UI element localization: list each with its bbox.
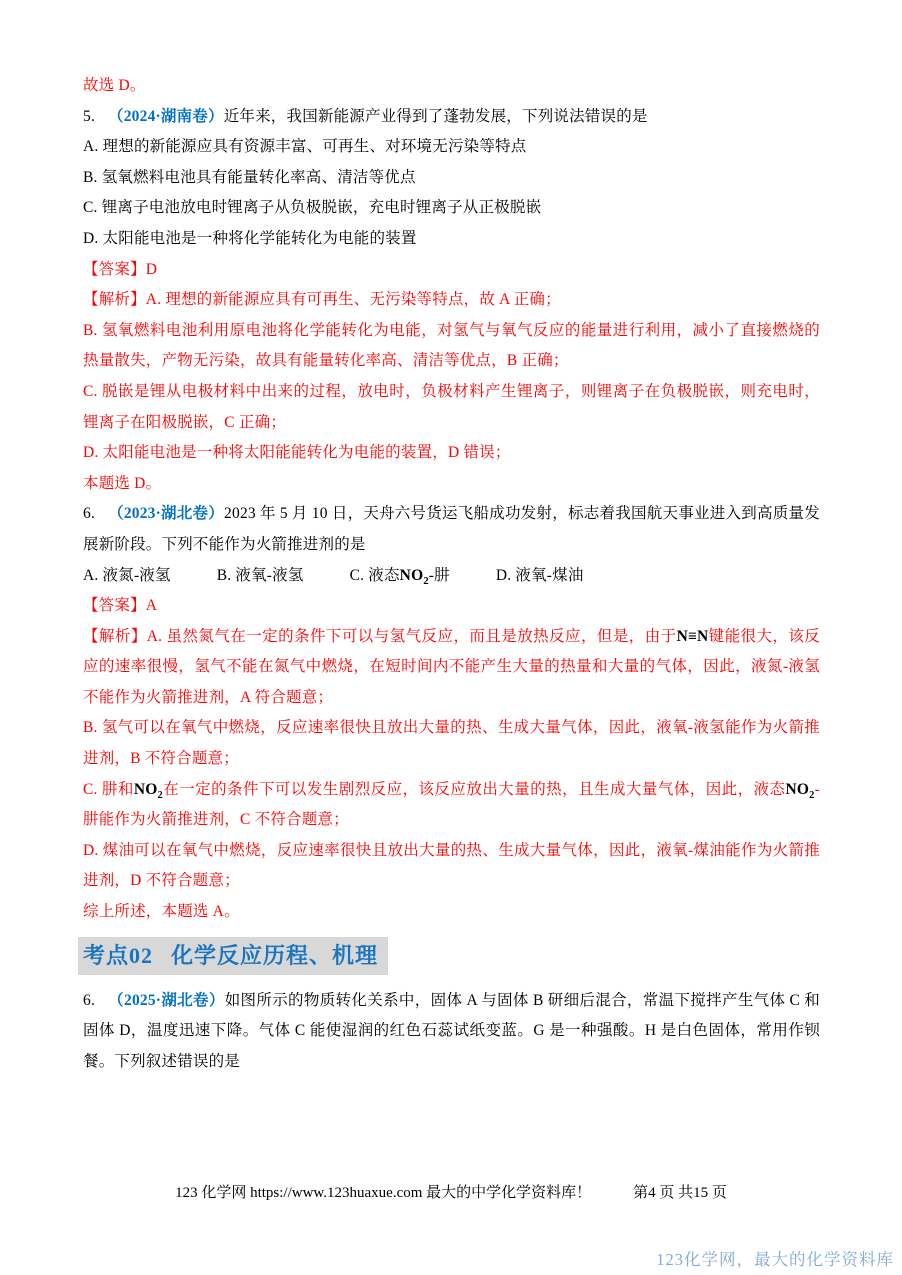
q6-option-c-text: C. 液态 <box>350 567 400 584</box>
q7-exam-tag: （2025·湖北卷） <box>108 992 225 1009</box>
q6-exam-tag: （2023·湖北卷） <box>108 505 224 522</box>
q5-option-d: D. 太阳能电池是一种将化学能转化为电能的装置 <box>83 224 820 255</box>
q6-number: 6. <box>83 505 95 522</box>
q5-answer: 【答案】D <box>83 255 820 286</box>
q6-option-a: A. 液氮-液氢 <box>83 561 171 592</box>
q5-exam-tag: （2024·湖南卷） <box>108 108 224 125</box>
q5-analysis-d: D. 太阳能电池是一种将太阳能能转化为电能的装置，D 错误； <box>83 438 820 469</box>
q6-conclusion: 综上所述，本题选 A。 <box>83 897 820 928</box>
footer-site-info: 123 化学网 https://www.123huaxue.com 最大的中学化… <box>175 1185 591 1201</box>
q5-analysis-c: C. 脱嵌是锂从电极材料中出来的过程，放电时，负极材料产生锂离子，则锂离子在负极… <box>83 377 820 438</box>
q6-option-c: C. 液态NO2-肼 <box>350 561 450 592</box>
q6-stem-line: 6.（2023·湖北卷）2023 年 5 月 10 日，天舟六号货运飞船成功发射… <box>83 499 820 560</box>
q5-option-c: C. 锂离子电池放电时锂离子从负极脱嵌，充电时锂离子从正极脱嵌 <box>83 193 820 224</box>
footer-page-number: 第4 页 共15 页 <box>633 1185 727 1201</box>
page-footer: 123 化学网 https://www.123huaxue.com 最大的中学化… <box>0 1182 902 1204</box>
no2-formula: NO2 <box>400 567 429 584</box>
q6-analysis-c-pre: C. 肼和 <box>83 781 134 798</box>
q7-stem-line: 6.（2025·湖北卷）如图所示的物质转化关系中，固体 A 与固体 B 研细后混… <box>83 986 820 1078</box>
section-heading-row: 考点02化学反应历程、机理 <box>83 937 820 975</box>
q5-number: 5. <box>83 108 95 125</box>
q5-analysis-a: 【解析】A. 理想的新能源应具有可再生、无污染等特点，故 A 正确； <box>83 285 820 316</box>
q6-option-b: B. 液氧-液氢 <box>217 561 304 592</box>
n-triple-bond-n-formula: N≡N <box>677 628 709 645</box>
q6-analysis-a-pre: 【解析】A. 虽然氮气在一定的条件下可以与氢气反应，而且是放热反应，但是，由于 <box>83 628 677 645</box>
q5-stem-line: 5.（2024·湖南卷）近年来，我国新能源产业得到了蓬勃发展，下列说法错误的是 <box>83 102 820 133</box>
q5-option-b: B. 氢氧燃料电池具有能量转化率高、清洁等优点 <box>83 163 820 194</box>
q5-analysis-b: B. 氢氧燃料电池利用原电池将化学能转化为电能，对氢气与氧气反应的能量进行利用，… <box>83 316 820 377</box>
q5-conclusion: 本题选 D。 <box>83 469 820 500</box>
watermark: 123化学网，最大的化学资料库 <box>656 1249 894 1271</box>
q6-analysis-a: 【解析】A. 虽然氮气在一定的条件下可以与氢气反应，而且是放热反应，但是，由于N… <box>83 622 820 714</box>
q6-analysis-d: D. 煤油可以在氧气中燃烧，反应速率很快且放出大量的热、生成大量气体，因此，液氧… <box>83 836 820 897</box>
q7-number: 6. <box>83 992 95 1009</box>
q6-option-d: D. 液氧-煤油 <box>496 561 584 592</box>
no2-formula: NO2 <box>134 781 163 798</box>
section-label: 考点02 <box>83 943 153 968</box>
q6-answer: 【答案】A <box>83 591 820 622</box>
q5-stem-text: 近年来，我国新能源产业得到了蓬勃发展，下列说法错误的是 <box>224 108 648 125</box>
q6-options-row: A. 液氮-液氢B. 液氧-液氢C. 液态NO2-肼D. 液氧-煤油 <box>83 561 820 592</box>
q6-analysis-c-mid: 在一定的条件下可以发生剧烈反应，该反应放出大量的热，且生成大量气体，因此，液态 <box>163 781 786 798</box>
q6-analysis-c: C. 肼和NO2在一定的条件下可以发生剧烈反应，该反应放出大量的热，且生成大量气… <box>83 775 820 836</box>
no2-formula: NO2 <box>786 781 815 798</box>
section-heading: 考点02化学反应历程、机理 <box>78 937 388 975</box>
q5-option-a: A. 理想的新能源应具有资源丰富、可再生、对环境无污染等特点 <box>83 132 820 163</box>
section-title: 化学反应历程、机理 <box>171 943 378 968</box>
q6-analysis-b: B. 氢气可以在氧气中燃烧，反应速率很快且放出大量的热、生成大量气体，因此，液氧… <box>83 713 820 774</box>
q6-option-c-suffix: -肼 <box>429 567 450 584</box>
prev-question-conclusion: 故选 D。 <box>83 71 820 102</box>
document-body: 故选 D。 5.（2024·湖南卷）近年来，我国新能源产业得到了蓬勃发展，下列说… <box>83 71 820 1077</box>
